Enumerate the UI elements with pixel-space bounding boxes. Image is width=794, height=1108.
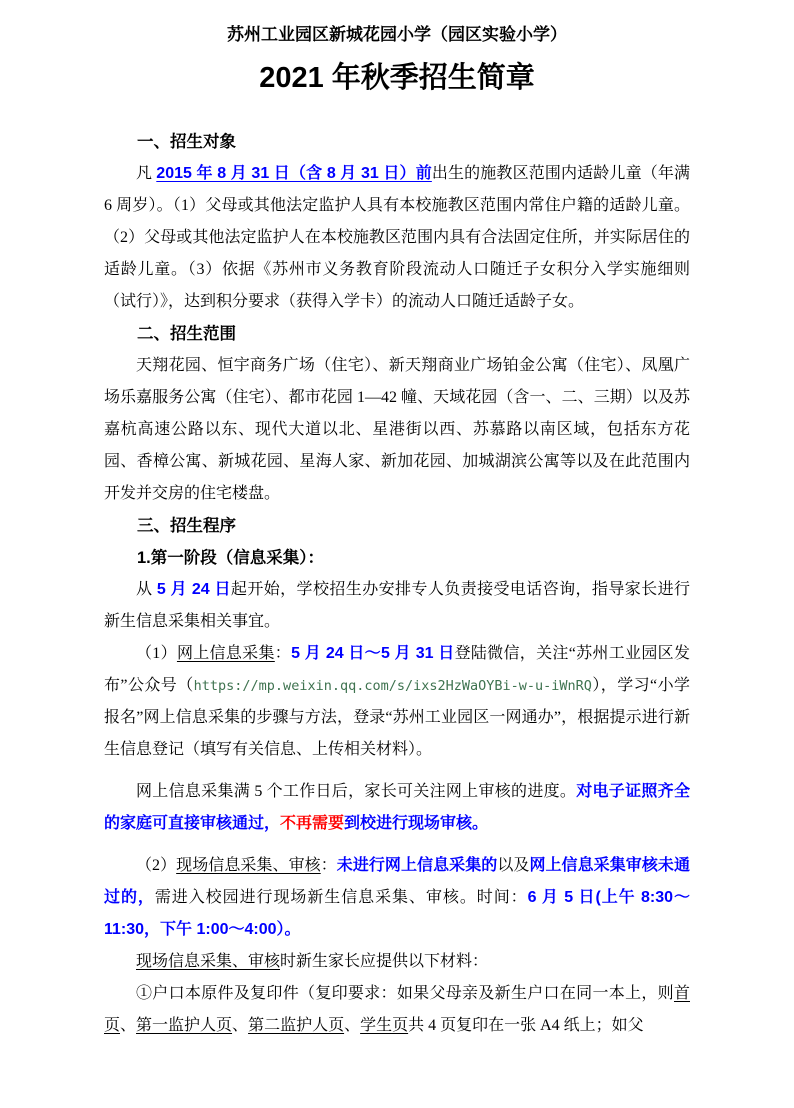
item-number: （2） xyxy=(136,857,176,874)
guardian1-page-label: 第一监护人页 xyxy=(136,1017,232,1034)
text-run: ： xyxy=(275,645,291,662)
student-page-label: 学生页 xyxy=(360,1017,408,1034)
paragraph-materials-intro: 现场信息采集、审核时新生家长应提供以下材料： xyxy=(104,946,690,978)
item-number: （1） xyxy=(136,645,177,662)
text-run: 需进入校园进行现场新生信息采集、审核。时间： xyxy=(155,889,528,906)
text-run: 、 xyxy=(344,1017,360,1034)
text-run: ： xyxy=(321,857,337,874)
section-heading-scope: 二、招生范围 xyxy=(104,318,690,350)
no-need-highlight: 不再需要 xyxy=(280,815,344,832)
section-heading-procedure: 三、招生程序 xyxy=(104,510,690,542)
paragraph-online-collection: （1）网上信息采集：5 月 24 日～5 月 31 日登陆微信，关注“苏州工业园… xyxy=(104,638,690,766)
text-run: 天翔花园、恒宇商务广场（住宅）、新天翔商业广场铂金公寓（住宅）、凤凰广场乐嘉服务… xyxy=(104,357,690,502)
online-dates-highlight: 5 月 24 日～5 月 31 日 xyxy=(291,645,454,662)
wechat-article-url: https://mp.weixin.qq.com/s/ixs2HzWaOYBi-… xyxy=(194,678,592,694)
text-run: 、 xyxy=(120,1017,136,1034)
document-body: 一、招生对象 凡 2015 年 8 月 31 日（含 8 月 31 日）前出生的… xyxy=(104,126,690,1042)
onsite-review-highlight: 到校进行现场审核。 xyxy=(344,815,488,832)
text-run: 共 4 页复印在一张 A4 纸上；如父 xyxy=(408,1017,644,1034)
text-run: 出生的施教区范围内适龄儿童（年满 6 周岁）。（1）父母或其他法定监护人具有本校… xyxy=(104,165,690,310)
text-run: 、 xyxy=(232,1017,248,1034)
paragraph-onsite-collection: （2）现场信息采集、审核：未进行网上信息采集的以及网上信息采集审核未通过的，需进… xyxy=(104,850,690,946)
onsite-collection-label: 现场信息采集、审核 xyxy=(176,857,321,874)
stage1-subheading: 1.第一阶段（信息采集）： xyxy=(104,542,690,574)
text-run: 凡 xyxy=(136,165,156,182)
page-title: 2021 年秋季招生简章 xyxy=(104,56,690,100)
paragraph-online-review: 网上信息采集满 5 个工作日后，家长可关注网上审核的进度。对电子证照齐全的家庭可… xyxy=(104,776,690,840)
deadline-date-highlight: 2015 年 8 月 31 日（含 8 月 31 日）前 xyxy=(156,165,432,182)
text-run: 网上信息采集满 5 个工作日后，家长可关注网上审核的进度。 xyxy=(136,783,576,800)
text-run: 时新生家长应提供以下材料： xyxy=(280,953,488,970)
online-collection-label: 网上信息采集 xyxy=(177,645,275,662)
not-registered-highlight: 未进行网上信息采集的 xyxy=(337,857,498,874)
paragraph-phone-consult: 从 5 月 24 日起开始，学校招生办安排专人负责接受电话咨询，指导家长进行新生… xyxy=(104,574,690,638)
text-run: ①户口本原件及复印件（复印要求：如果父母亲及新生户口在同一本上，则 xyxy=(136,985,674,1002)
guardian2-page-label: 第二监护人页 xyxy=(248,1017,344,1034)
text-run: 从 xyxy=(136,581,157,598)
onsite-collection-label: 现场信息采集、审核 xyxy=(136,953,280,970)
paragraph-eligibility: 凡 2015 年 8 月 31 日（含 8 月 31 日）前出生的施教区范围内适… xyxy=(104,158,690,318)
start-date-highlight: 5 月 24 日 xyxy=(157,581,231,598)
document-header: 苏州工业园区新城花园小学（园区实验小学） 2021 年秋季招生简章 xyxy=(104,22,690,100)
text-run: 以及 xyxy=(497,857,529,874)
paragraph-material-item-1: ①户口本原件及复印件（复印要求：如果父母亲及新生户口在同一本上，则首页、第一监护… xyxy=(104,978,690,1042)
paragraph-scope: 天翔花园、恒宇商务广场（住宅）、新天翔商业广场铂金公寓（住宅）、凤凰广场乐嘉服务… xyxy=(104,350,690,510)
school-name-line: 苏州工业园区新城花园小学（园区实验小学） xyxy=(104,22,690,48)
section-heading-targets: 一、招生对象 xyxy=(104,126,690,158)
